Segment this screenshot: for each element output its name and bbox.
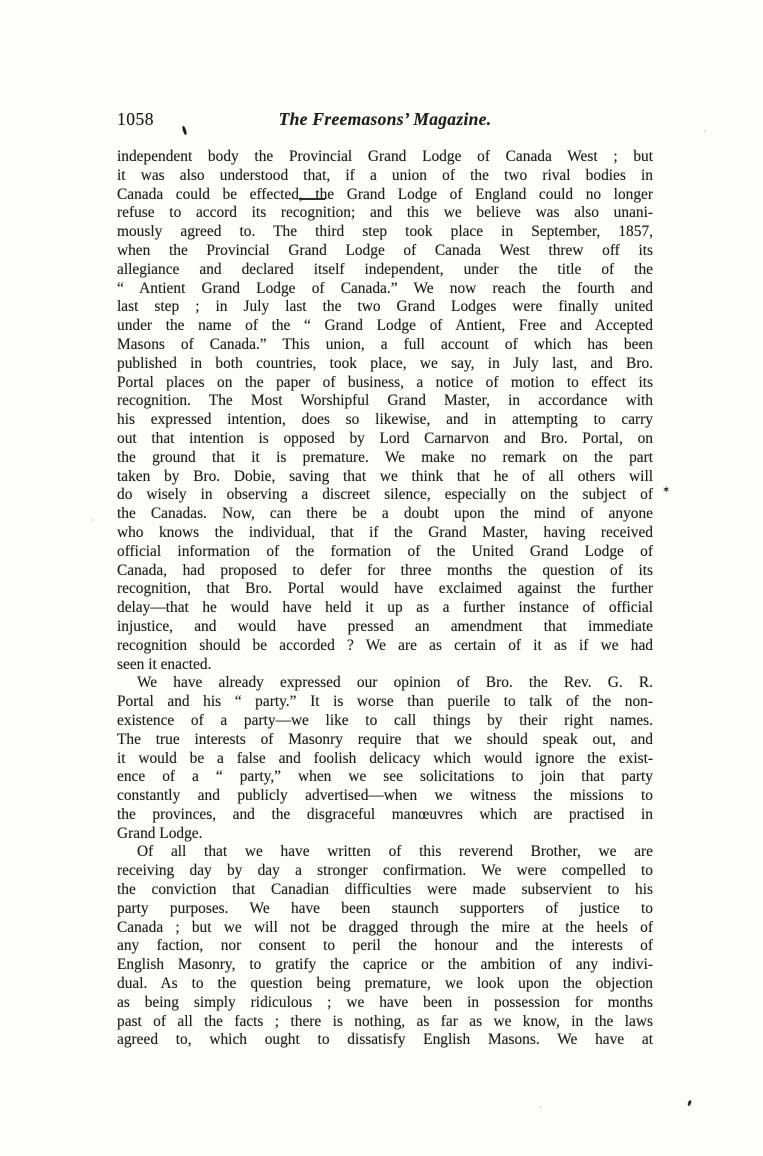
journal-title: The Freemasons’ Magazine. <box>117 109 653 130</box>
text-line: independent body the Provincial Grand Lo… <box>117 148 653 167</box>
text-line: published in both countries, took place,… <box>117 355 653 374</box>
text-line: the ground that it is premature. We make… <box>117 449 653 468</box>
text-line: his expressed intention, does so likewis… <box>117 411 653 430</box>
text-line: Canada, had proposed to defer for three … <box>117 562 653 581</box>
scan-noise-dot <box>540 1106 542 1108</box>
text-line: last step ; in July last the two Grand L… <box>117 298 653 317</box>
text-line: when the Provincial Grand Lodge of Canad… <box>117 242 653 261</box>
text-line: the provinces, and the disgraceful manœu… <box>117 806 653 825</box>
ink-star-speck: ✶ <box>662 486 670 496</box>
text-line: mously agreed to. The third step took pl… <box>117 223 653 242</box>
text-line: do wisely in observing a discreet silenc… <box>117 486 653 505</box>
text-line: the conviction that Canadian difficultie… <box>117 881 653 900</box>
text-line: Portal and his “ party.” It is worse tha… <box>117 693 653 712</box>
text-line: existence of a party—we like to call thi… <box>117 712 653 731</box>
text-line: injustice, and would have pressed an ame… <box>117 618 653 637</box>
text-line: recognition should be accorded ? We are … <box>117 637 653 656</box>
paragraph-2: We have already expressed our opinion of… <box>117 674 653 843</box>
paragraph-1: independent body the Provincial Grand Lo… <box>117 148 653 674</box>
scan-noise-dot <box>92 519 94 521</box>
text-line: taken by Bro. Dobie, saving that we thin… <box>117 468 653 487</box>
text-line: English Masonry, to gratify the caprice … <box>117 956 653 975</box>
text-line: agreed to, which ought to dissatisfy Eng… <box>117 1031 653 1050</box>
text-line: Canada could be effected, the Grand Lodg… <box>117 186 653 205</box>
text-line: We have already expressed our opinion of… <box>117 674 653 693</box>
article-text: independent body the Provincial Grand Lo… <box>117 148 653 1050</box>
text-line: under the name of the “ Grand Lodge of A… <box>117 317 653 336</box>
text-line: Portal places on the paper of business, … <box>117 374 653 393</box>
text-line: ence of a “ party,” when we see solicita… <box>117 768 653 787</box>
text-line: dual. As to the question being premature… <box>117 975 653 994</box>
text-line: Masons of Canada.” This union, a full ac… <box>117 336 653 355</box>
text-line: refuse to accord its recognition; and th… <box>117 204 653 223</box>
scan-noise-dot <box>704 130 706 132</box>
text-line: who knows the individual, that if the Gr… <box>117 524 653 543</box>
magazine-page: 1058 The Freemasons’ Magazine. independe… <box>0 0 763 1156</box>
text-line: it was also understood that, if a union … <box>117 167 653 186</box>
text-line: it would be a false and foolish delicacy… <box>117 750 653 769</box>
page-header: 1058 The Freemasons’ Magazine. <box>117 109 653 133</box>
text-line: receiving day by day a stronger confirma… <box>117 862 653 881</box>
scan-underline-mark <box>299 198 325 200</box>
text-line: seen it enacted. <box>117 656 653 675</box>
text-line: The true interests of Masonry require th… <box>117 731 653 750</box>
text-line: past of all the facts ; there is nothing… <box>117 1013 653 1032</box>
text-line: Of all that we have written of this reve… <box>117 843 653 862</box>
text-line: out that intention is opposed by Lord Ca… <box>117 430 653 449</box>
text-line: recognition. The Most Worshipful Grand M… <box>117 392 653 411</box>
text-line: “ Antient Grand Lodge of Canada.” We now… <box>117 280 653 299</box>
ink-corner-speck <box>687 1100 692 1107</box>
text-line: recognition, that Bro. Portal would have… <box>117 580 653 599</box>
text-line: as being simply ridiculous ; we have bee… <box>117 994 653 1013</box>
text-line: party purposes. We have been staunch sup… <box>117 900 653 919</box>
text-line: Canada ; but we will not be dragged thro… <box>117 919 653 938</box>
text-line: Grand Lodge. <box>117 825 653 844</box>
paragraph-3: Of all that we have written of this reve… <box>117 843 653 1050</box>
text-line: allegiance and declared itself independe… <box>117 261 653 280</box>
text-line: any faction, nor consent to peril the ho… <box>117 937 653 956</box>
text-line: the Canadas. Now, can there be a doubt u… <box>117 505 653 524</box>
text-line: official information of the formation of… <box>117 543 653 562</box>
text-line: constantly and publicly advertised—when … <box>117 787 653 806</box>
text-line: delay—that he would have held it up as a… <box>117 599 653 618</box>
